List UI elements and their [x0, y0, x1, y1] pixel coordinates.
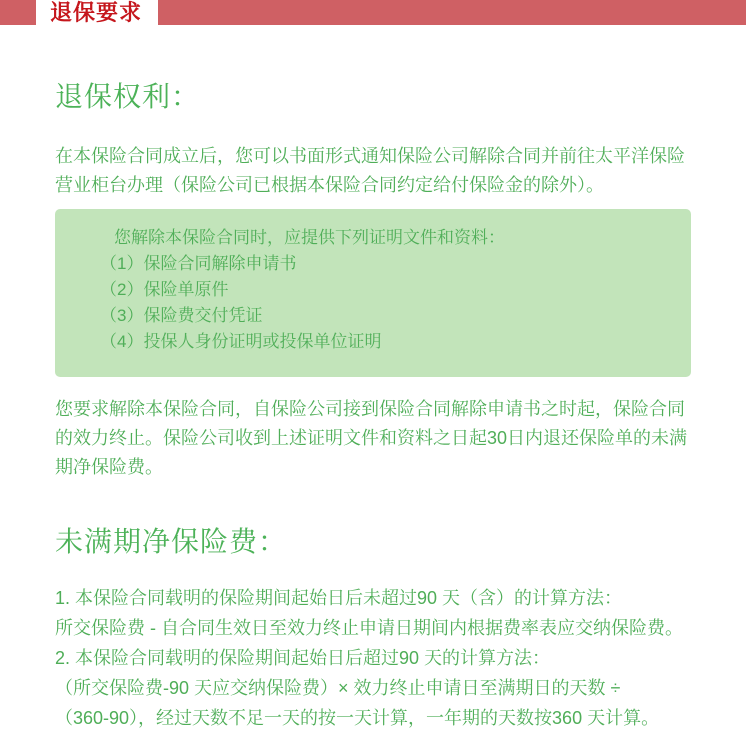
paragraph-surrender-intro: 在本保险合同成立后，您可以书面形式通知保险公司解除合同并前往太平洋保险营业柜台办…	[55, 142, 691, 200]
page-title: 退保要求	[50, 0, 142, 25]
content-area: 退保权利： 在本保险合同成立后，您可以书面形式通知保险公司解除合同并前往太平洋保…	[0, 82, 746, 733]
header-tab: 退保要求	[36, 0, 158, 25]
calculation-method-block: 1. 本保险合同载明的保险期间起始日后未超过90 天（含）的计算方法： 所交保险…	[55, 583, 691, 733]
page: 退保要求 退保权利： 在本保险合同成立后，您可以书面形式通知保险公司解除合同并前…	[0, 0, 746, 754]
required-document-item: （3）保险费交付凭证	[100, 303, 671, 329]
required-documents-box: 您解除本保险合同时，应提供下列证明文件和资料： （1）保险合同解除申请书 （2）…	[55, 209, 691, 377]
paragraph-surrender-effect: 您要求解除本保险合同，自保险公司接到保险合同解除申请书之时起，保险合同的效力终止…	[55, 395, 691, 482]
calc-line: （所交保险费-90 天应交纳保险费）× 效力终止申请日至满期日的天数 ÷	[55, 673, 691, 703]
section-heading-surrender-rights: 退保权利：	[55, 82, 691, 112]
calc-line: 2. 本保险合同载明的保险期间起始日后超过90 天的计算方法：	[55, 643, 691, 673]
calc-line: 所交保险费 - 自合同生效日至效力终止申请日期间内根据费率表应交纳保险费。	[55, 613, 691, 643]
required-document-item: （4）投保人身份证明或投保单位证明	[100, 329, 671, 355]
calc-line: 1. 本保险合同载明的保险期间起始日后未超过90 天（含）的计算方法：	[55, 583, 691, 613]
section-heading-unearned-premium: 未满期净保险费：	[55, 527, 691, 557]
required-document-item: （2）保险单原件	[100, 277, 671, 303]
required-document-item: （1）保险合同解除申请书	[100, 251, 671, 277]
header-bar: 退保要求	[0, 0, 746, 25]
calc-line: （360-90），经过天数不足一天的按一天计算，一年期的天数按360 天计算。	[55, 703, 691, 733]
required-documents-intro: 您解除本保险合同时，应提供下列证明文件和资料：	[100, 225, 671, 251]
